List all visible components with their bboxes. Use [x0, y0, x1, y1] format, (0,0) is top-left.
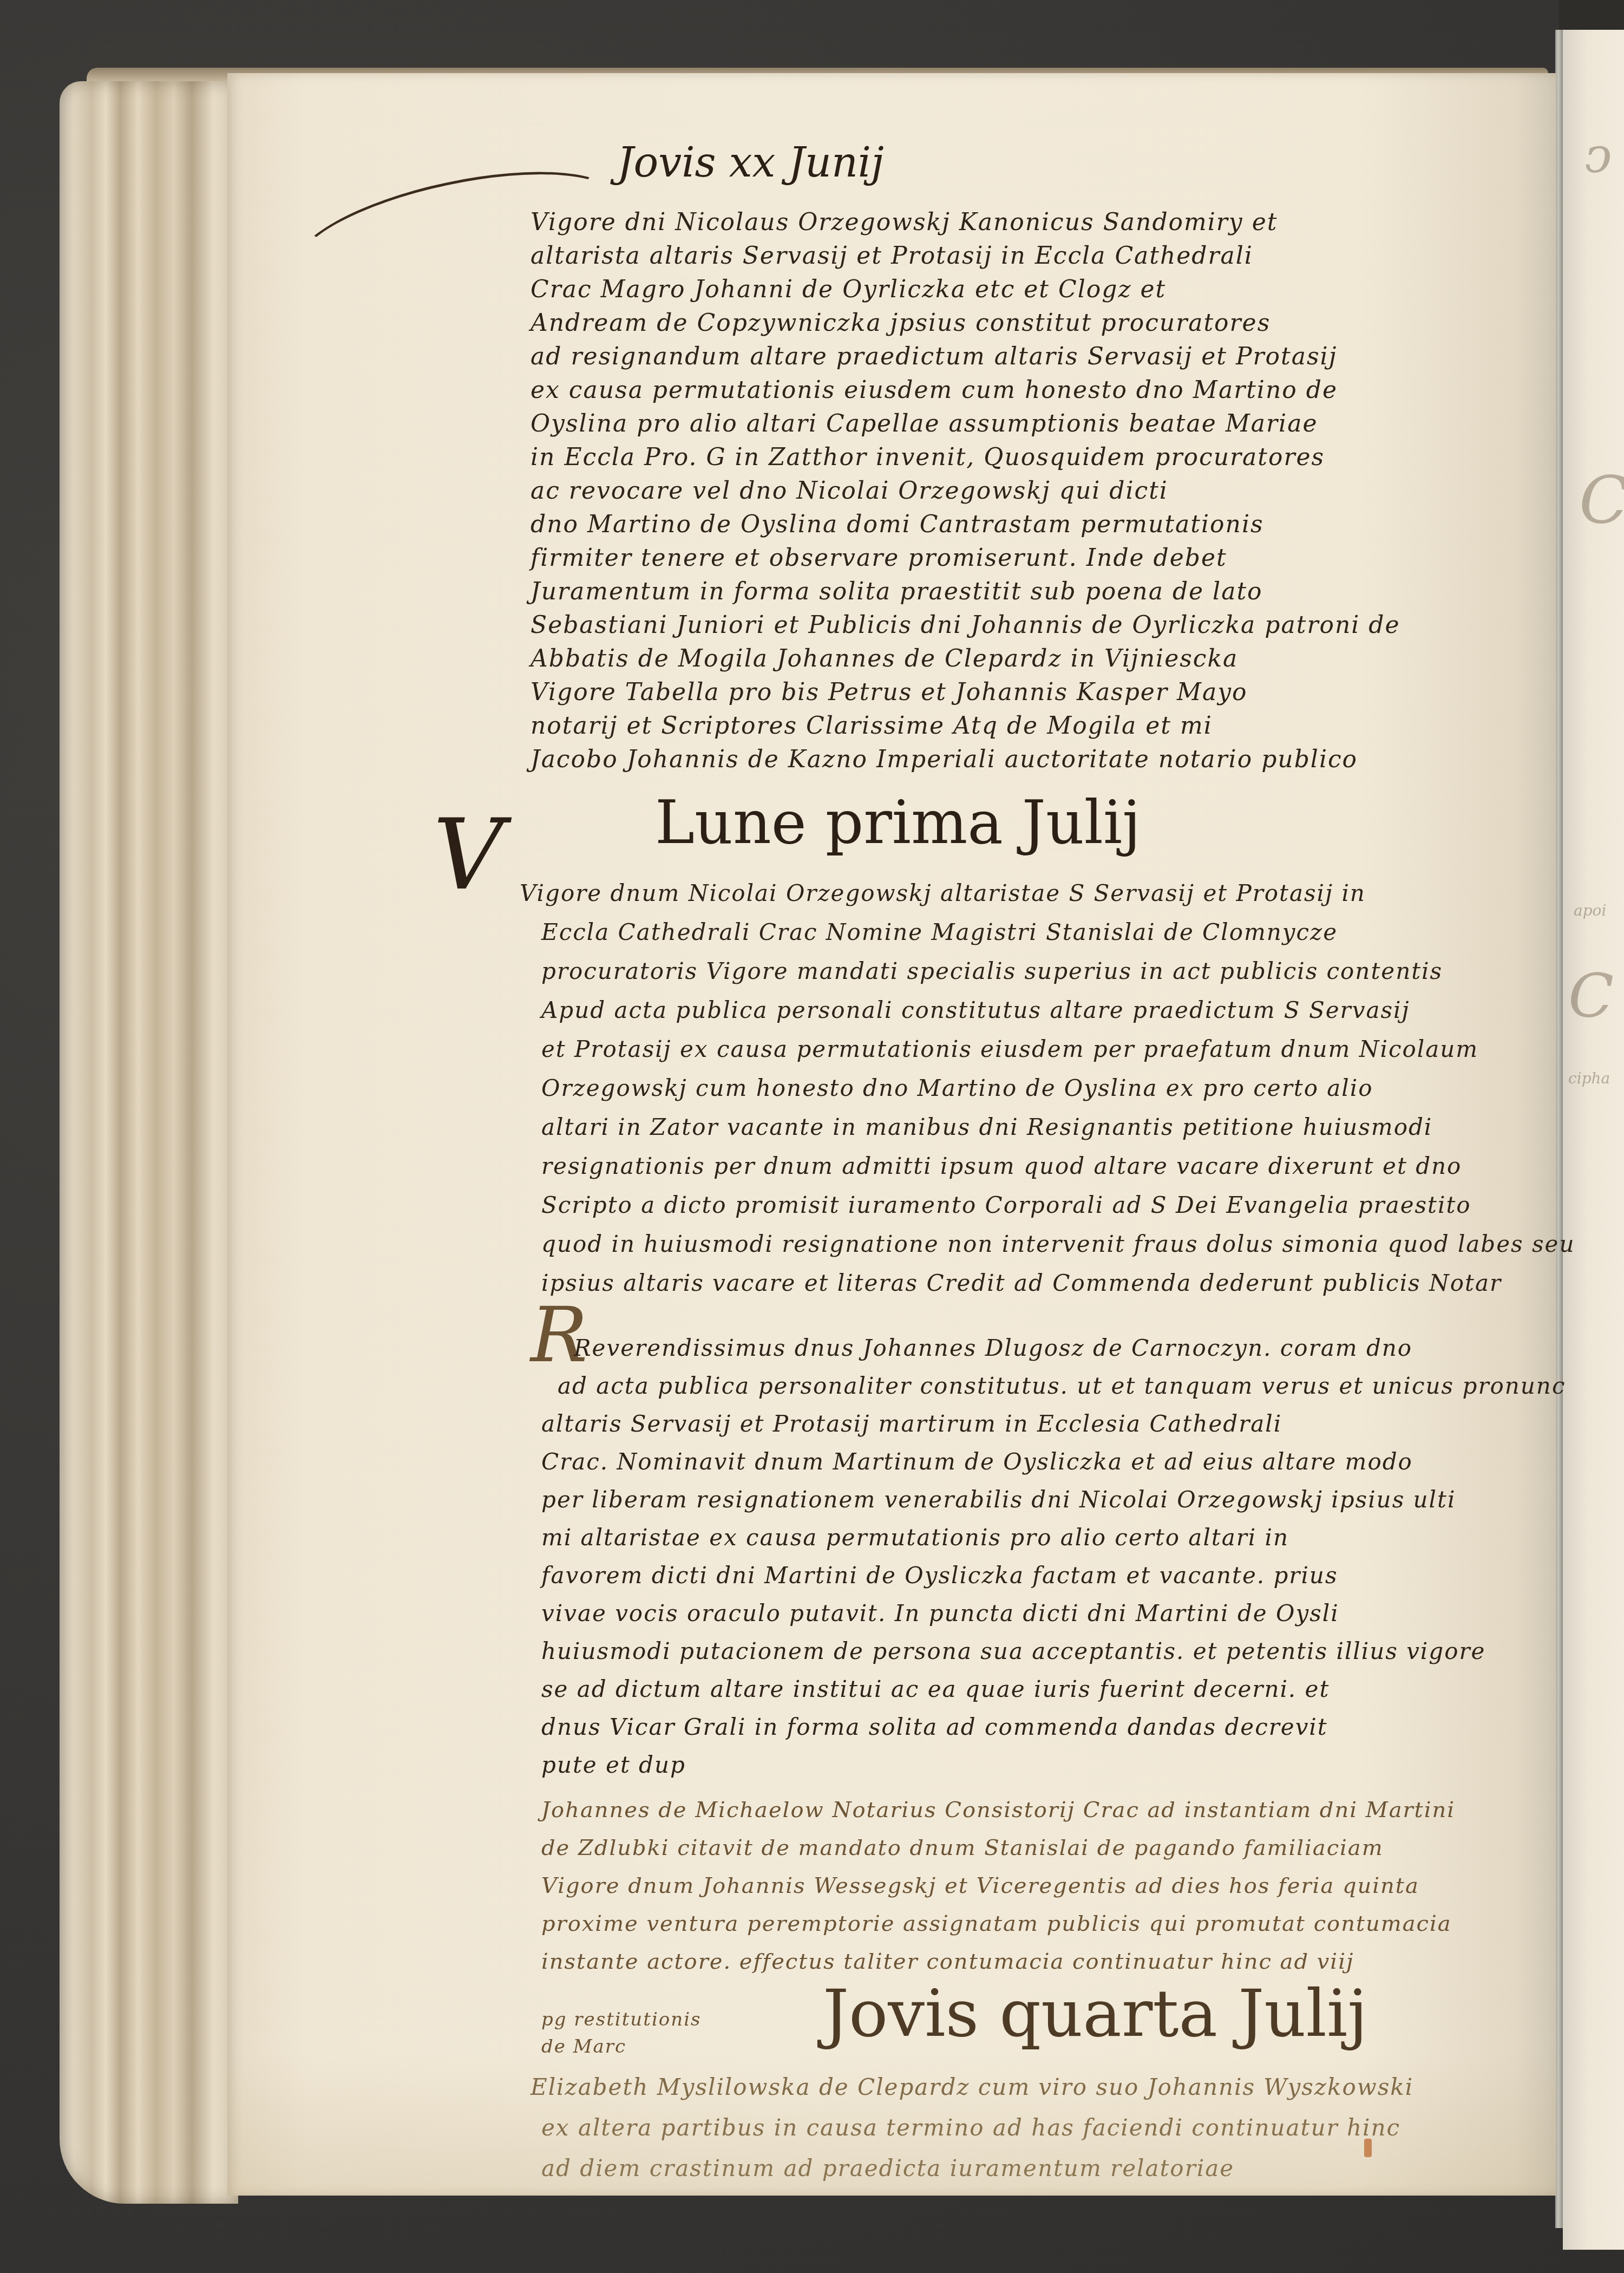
text-line: ac revocare vel dno Nicolai Orzegowskj q… [531, 477, 1168, 505]
section-heading: Jovis xx Junij [617, 138, 884, 186]
text-line: Reverendissimus dnus Johannes Dlugosz de… [574, 1335, 1412, 1361]
text-line: proxime ventura peremptorie assignatam p… [541, 1911, 1452, 1936]
book-gutter [1555, 30, 1563, 2228]
decorative-initial-v: V [433, 799, 503, 912]
section-heading: Lune prima Julij [655, 788, 1141, 857]
text-line: Scripto a dicto promisit iuramento Corpo… [541, 1192, 1471, 1218]
adjacent-page-edge: ↄ C apoi C cipha [1563, 30, 1624, 2250]
text-line: ad acta publica personaliter constitutus… [558, 1373, 1566, 1399]
text-line: Vigore Tabella pro bis Petrus et Johanni… [531, 678, 1248, 706]
text-line: resignationis per dnum admitti ipsum quo… [541, 1153, 1462, 1179]
text-line: altarista altaris Servasij et Protasij i… [531, 242, 1253, 270]
text-line: huiusmodi putacionem de persona sua acce… [541, 1638, 1485, 1664]
section-heading: Jovis quarta Julij [823, 1976, 1368, 2052]
manuscript-page: Jovis xx Junij Vigore dni Nicolaus Orzeg… [227, 73, 1556, 2196]
ghost-text: apoi [1574, 902, 1606, 919]
text-line: mi altaristae ex causa permutationis pro… [541, 1524, 1289, 1551]
text-line: Vigore dnum Nicolai Orzegowskj altarista… [520, 880, 1366, 906]
ghost-flourish: ↄ [1584, 127, 1612, 184]
text-line: Elizabeth Myslilowska de Clepardz cum vi… [531, 2074, 1413, 2100]
text-line: quod in huiusmodi resignatione non inter… [541, 1231, 1575, 1257]
red-library-stamp [1364, 2139, 1372, 2157]
background-top-right [1559, 0, 1624, 31]
text-line: favorem dicti dni Martini de Oysliczka f… [541, 1562, 1338, 1589]
text-line: Andream de Copzywniczka jpsius constitut… [531, 309, 1271, 337]
text-line: Abbatis de Mogila Johannes de Clepardz i… [531, 645, 1238, 672]
text-line: Eccla Cathedrali Crac Nomine Magistri St… [541, 919, 1338, 945]
text-line: ad diem crastinum ad praedicta iuramentu… [541, 2155, 1234, 2181]
text-line: Crac Magro Johanni de Oyrliczka etc et C… [531, 276, 1166, 303]
margin-note: pg restitutionis [541, 2009, 701, 2030]
text-line: Apud acta publica personali constitutus … [541, 997, 1410, 1023]
text-line: Vigore dni Nicolaus Orzegowskj Kanonicus… [531, 208, 1278, 236]
text-line: ad resignandum altare praedictum altaris… [531, 343, 1337, 370]
text-line: Juramentum in forma solita praestitit su… [531, 578, 1263, 605]
text-line: se ad dictum altare institui ac ea quae … [541, 1676, 1330, 1702]
text-line: de Zdlubki citavit de mandato dnum Stani… [541, 1836, 1384, 1860]
text-line: notarij et Scriptores Clarissime Atq de … [531, 712, 1213, 740]
text-line: instante actore. effectus taliter contum… [541, 1949, 1354, 1974]
text-line: firmiter tenere et observare promiserunt… [531, 544, 1227, 572]
ghost-text: cipha [1568, 1069, 1610, 1087]
text-line: procuratoris Vigore mandati specialis su… [541, 958, 1443, 984]
text-line: Vigore dnum Johannis Wessegskj et Vicere… [541, 1873, 1419, 1898]
text-line: Oyslina pro alio altari Capellae assumpt… [531, 410, 1318, 437]
text-line: altari in Zator vacante in manibus dni R… [541, 1114, 1432, 1140]
text-line: per liberam resignationem venerabilis dn… [541, 1486, 1456, 1513]
text-line: ex causa permutationis eiusdem cum hones… [531, 376, 1338, 404]
margin-note: de Marc [541, 2036, 626, 2058]
text-line: Crac. Nominavit dnum Martinum de Oyslicz… [541, 1448, 1413, 1475]
text-line: altaris Servasij et Protasij martirum in… [541, 1410, 1282, 1437]
text-line: Jacobo Johannis de Kazno Imperiali aucto… [531, 746, 1358, 773]
ghost-flourish: C [1568, 961, 1614, 1030]
text-line: Johannes de Michaelow Notarius Consistor… [541, 1798, 1455, 1823]
text-line: ex altera partibus in causa termino ad h… [541, 2114, 1400, 2141]
text-line: Sebastiani Juniori et Publicis dni Johan… [531, 611, 1400, 639]
text-line: pute et dup [541, 1752, 686, 1778]
text-line: et Protasij ex causa permutationis eiusd… [541, 1036, 1478, 1062]
text-line: Orzegowskj cum honesto dno Martino de Oy… [541, 1075, 1373, 1101]
text-line: dno Martino de Oyslina domi Cantrastam p… [531, 511, 1264, 538]
page-stack-fore-edge [60, 81, 238, 2204]
text-line: ipsius altaris vacare et literas Credit … [541, 1270, 1502, 1296]
text-line: in Eccla Pro. G in Zatthor invenit, Quos… [531, 443, 1325, 471]
text-line: vivae vocis oraculo putavit. In puncta d… [541, 1600, 1339, 1627]
text-line: dnus Vicar Grali in forma solita ad comm… [541, 1714, 1328, 1740]
ghost-flourish: C [1579, 463, 1624, 538]
